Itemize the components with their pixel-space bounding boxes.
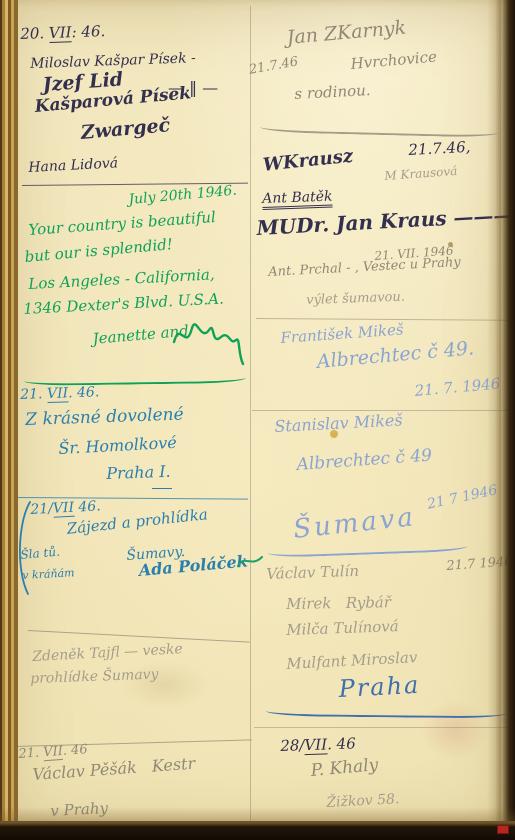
guest-name: Zdeněk Tajfl — veske: [32, 642, 183, 665]
guestbook-page-scan: 20. VII: 46. Miloslav Kašpar Písek - Jze…: [0, 0, 515, 840]
entry-date: 28/VII. 46: [280, 735, 356, 754]
page-bottom-shadow: [0, 807, 515, 821]
guest-name: Václav Tulín: [266, 563, 359, 583]
date-part: 20.: [20, 24, 49, 43]
entry-date: 20. VII: 46.: [20, 23, 106, 42]
margin-note: Šla tů.: [20, 546, 60, 563]
underline: [152, 488, 172, 489]
guest-signature: Jan ZKarnyk: [286, 18, 407, 49]
guest-signature: Hana Lidová: [28, 156, 118, 176]
guest-name: Mulfant Miroslav: [286, 649, 418, 672]
guest-name: Šr. Homolkové: [58, 434, 177, 458]
note-line: výlet šumavou.: [306, 291, 405, 309]
red-corner-mark: [497, 825, 509, 834]
guest-name: František Mikeš: [280, 321, 404, 346]
column-divider-crease: [250, 6, 251, 822]
separator-line: [254, 727, 512, 728]
guest-signature: Ant Batěk: [262, 190, 333, 208]
note-line: Z krásné dovolené: [25, 405, 184, 429]
book-cover-bottom: [0, 821, 515, 840]
date-part: . 46.: [68, 384, 100, 401]
date-part: 21.: [20, 386, 47, 403]
signature-flourish: [236, 552, 264, 570]
note-line: prohlídke Šumavy: [30, 668, 159, 688]
guest-place: Praha: [338, 672, 421, 703]
book-edge-right: [495, 0, 515, 840]
margin-note: v kráňám: [22, 567, 75, 582]
date-roman-numeral: VII: [43, 744, 64, 761]
book-page-edges-left: [0, 0, 18, 840]
guest-name: Mirek Rybář: [286, 594, 391, 612]
entry-date: 21. VII. 46.: [20, 385, 100, 403]
guest-address: Hvrchovice: [350, 48, 437, 72]
date-roman-numeral: VII: [47, 385, 69, 403]
underlined-signature: Ant Batěk: [262, 189, 333, 210]
greeting-line: but our is splendid!: [24, 236, 173, 265]
guest-signature: WKrausz: [262, 147, 354, 176]
guest-address: Los Angeles - California,: [28, 266, 215, 292]
signature-flourish: [170, 310, 246, 368]
entry-date: 21.7.46: [248, 55, 299, 78]
separator-line: [256, 318, 508, 321]
entry-date: 21/VII 46.: [30, 499, 101, 518]
greeting-line: Your country is beautiful: [28, 209, 216, 239]
date-part: : 46.: [71, 22, 105, 41]
guest-name: Ant. Prchal - , Vestec u Prahy: [268, 256, 461, 280]
entry-date: 21.7.46,: [408, 139, 471, 159]
date-part: 21/: [30, 501, 53, 518]
date-part: . 46: [327, 734, 356, 753]
guest-name: Stanislav Mikeš: [274, 411, 403, 435]
date-roman-numeral: VII: [49, 23, 72, 43]
note-line: s rodinou.: [294, 82, 371, 102]
guest-signature: M Krausová: [384, 165, 458, 183]
entry-date: July 20th 1946.: [128, 184, 237, 209]
separator-line: [28, 630, 250, 643]
entry-date: 21. VII. 46: [18, 743, 88, 762]
underline-flourish: [266, 706, 506, 719]
guest-signature: P. Khaly: [310, 756, 379, 781]
date-roman-numeral: VII: [304, 735, 327, 755]
date-part: . 46: [62, 742, 88, 759]
date-part: 21.: [18, 745, 44, 762]
separator-line: [24, 373, 246, 386]
guest-address: Albrechtec č 49.: [316, 338, 475, 373]
guest-signature: Zwargeč: [80, 115, 171, 144]
guest-address: Praha I.: [106, 463, 171, 483]
date-part: 28/: [280, 736, 305, 755]
date-part: 46.: [74, 498, 102, 515]
guest-address: Albrechtec č 49: [296, 447, 433, 475]
date-roman-numeral: VII: [52, 500, 74, 518]
separator-line: [260, 122, 498, 138]
guest-name: Milča Tulínová: [286, 618, 399, 638]
separator-line: [18, 497, 248, 500]
guest-place: Šumava: [292, 503, 417, 544]
